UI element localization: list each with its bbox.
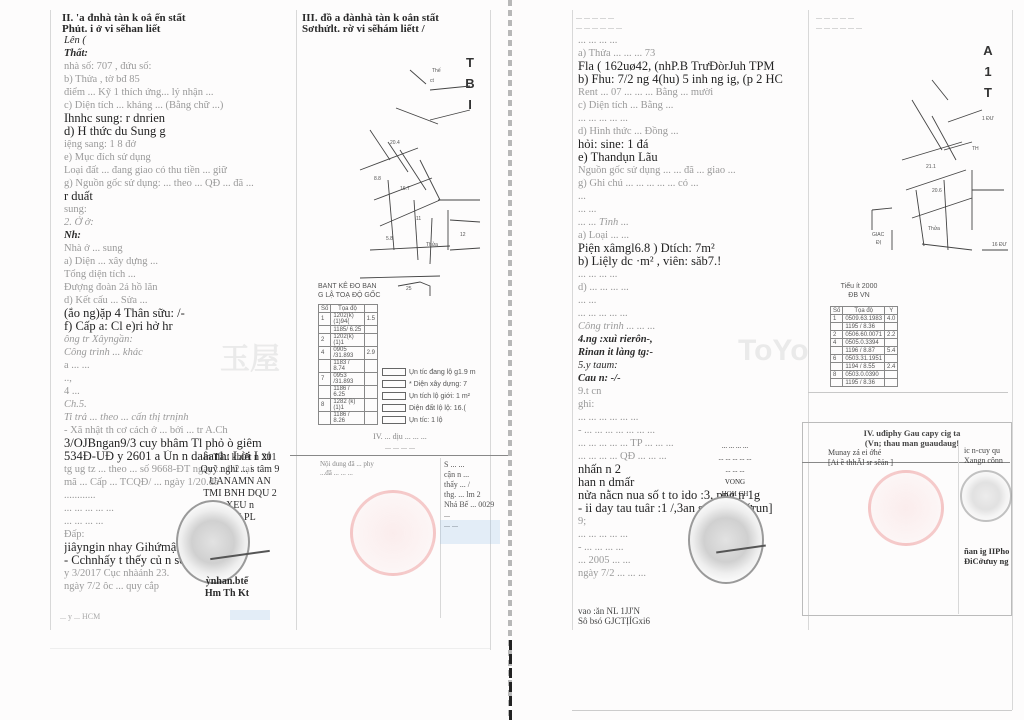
text-line: (ắo ng)ặp 4 Thân sữu: /-: [64, 307, 294, 320]
text-line: d) Hình thức ... Đồng ...: [578, 125, 806, 138]
table-cell: 1: [319, 313, 331, 326]
official-seal: [688, 496, 764, 584]
table-cell: 0503.0.0390: [843, 371, 885, 379]
table-cell: [319, 386, 331, 399]
section4-line: Nhả Bế ... 0029: [444, 500, 494, 510]
svg-text:Thửa: Thửa: [426, 241, 438, 248]
certificate-right-page: ... ... ... ... ...... ... ... ... ... .…: [512, 0, 1024, 720]
coord-table-title: Tiểu ít 2000 ĐB VN: [834, 282, 884, 300]
section4-line: thấy ... /: [444, 480, 494, 490]
table-row: 1196 / 8.875.4: [831, 347, 898, 355]
section4-line: Nội dung đã ... phy: [320, 460, 374, 469]
table-row: 70953 /31.893: [319, 373, 378, 386]
table-row: 1183 / 8.74: [319, 360, 378, 373]
table-cell: [885, 371, 898, 379]
legend-item: * Diện xây dựng: 7: [382, 379, 476, 391]
text-line: Cau n: -/-: [578, 372, 806, 385]
section4-line: cận n ...: [444, 470, 494, 480]
table-cell: 2.4: [885, 363, 898, 371]
section4-col-divider: [958, 440, 959, 614]
legend-item: Ụn tíc đang lộ g1.9 m: [382, 367, 476, 379]
legend-label: Ụn tíc đang lộ g1.9 m: [409, 369, 476, 376]
text-line: e) Thandụn Lãu: [578, 151, 806, 164]
text-line: b) Thửa , tờ bđ 85: [64, 73, 294, 86]
signature-line: ... ... ... ... ...: [680, 452, 790, 464]
table-cell: 1194 / 8.55: [843, 363, 885, 371]
footer-line: vao :ăn NL 1JJ'N: [578, 606, 650, 616]
registration-number: vao :ăn NL 1JJ'NSô bsó GJCTỊỈGxi6: [578, 606, 650, 626]
table-cell: 8: [831, 371, 843, 379]
text-line: Ti trả ... theo ... cấn thị trnịnh: [64, 411, 294, 424]
text-line: 2. Ở ở:: [64, 216, 294, 229]
svg-text:21.1: 21.1: [926, 164, 936, 170]
table-header-cell: [364, 305, 377, 313]
text-line: ... ...: [578, 203, 806, 216]
table-cell: 1185/ 6.25: [331, 326, 364, 334]
watermark: 玉屋: [220, 334, 280, 378]
section4-content: Munay zá ei ớhé[Ai ề thhÃl sr sêản ]: [828, 448, 893, 468]
section-heading-faint: ... ... ... ... ...... ... ... ... ... .…: [816, 12, 862, 32]
legend-label: * Diện xây dựng: 7: [409, 381, 467, 388]
section4-line: Munay zá ei ớhé: [828, 448, 893, 458]
table-cell: 6: [831, 355, 843, 363]
table-cell: 1186 / 8.26: [331, 412, 364, 425]
section4-line: thg. ... lm 2: [444, 490, 494, 500]
text-line: ... ...: [578, 294, 806, 307]
text-line: a) Loại ... ...: [578, 229, 806, 242]
coordinate-table: SốTọa độY10509.63.19834.01195 / 8.362050…: [830, 306, 898, 387]
table-cell: 0509.63.1983: [843, 315, 885, 323]
coord-table-title: BANT KÊ ĐO BAN G LẬ TOẠ ĐỘ GỐC: [318, 282, 380, 300]
table-cell: [364, 399, 377, 412]
table-cell: 5.4: [885, 347, 898, 355]
table-row: 1194 / 8.552.4: [831, 363, 898, 371]
text-line: điểm ... Kỹ 1 thích ứng... lý nhận ...: [64, 86, 294, 99]
table-cell: 2: [319, 334, 331, 347]
svg-text:ĐỊ: ĐỊ: [876, 240, 881, 246]
table-row: 1195 / 8.36: [831, 379, 898, 387]
legend-swatch: [382, 404, 406, 412]
svg-text:20.6: 20.6: [932, 188, 942, 194]
table-cell: 0905 /31.893: [331, 347, 364, 360]
signer-name: ỳnhan.btếHm Th Kt: [192, 576, 262, 600]
text-line: c) Diện tích ... Bằng ...: [578, 99, 806, 112]
signature-line: in Tầu khiết n 201: [190, 452, 290, 464]
table-cell: [885, 379, 898, 387]
text-line: ... ... Tình ...: [578, 216, 806, 229]
text-line: ...: [578, 190, 806, 203]
table-cell: 1183 / 8.74: [331, 360, 364, 373]
text-line: c) Diện tích ... khảng ... (Bằng chữ ...…: [64, 99, 294, 112]
signer-line: Hm Th Kt: [192, 588, 262, 600]
table-cell: 1196 / 8.87: [843, 347, 885, 355]
text-line: ngày 7/2 ... ... ...: [578, 567, 806, 580]
text-line: nhà số: 707 , đứu số:: [64, 60, 294, 73]
blue-stamp-mark: [440, 520, 500, 544]
table-row: 40905 /31.8932.9: [319, 347, 378, 360]
table-cell: 0503.31.1951: [843, 355, 885, 363]
text-line: iệng sang: 1 8 đở: [64, 138, 294, 151]
signer-line: ĐiCởưuy ng: [964, 556, 1009, 566]
svg-text:20.4: 20.4: [390, 140, 400, 146]
blue-stamp-mark: [230, 610, 270, 620]
section4-line: S ... ...: [444, 460, 494, 470]
text-line: e) Mục đích sử dụng: [64, 151, 294, 164]
svg-text:Thửa: Thửa: [928, 225, 940, 232]
svg-text:ct: ct: [430, 78, 435, 84]
table-cell: 2.9: [364, 347, 377, 360]
table-cell: [364, 334, 377, 347]
text-line: ... ... ... ... ... ...: [578, 411, 806, 424]
table-cell: [831, 323, 843, 331]
text-line: 3/OJBngan9/3 cuy bhâm Tl phỏ ò giêm: [64, 437, 294, 450]
text-line: Nhà ở ... sung: [64, 242, 294, 255]
svg-text:11: 11: [416, 216, 421, 222]
margin-line: [50, 10, 51, 630]
section-heading-faint: ... ... ... ... ...... ... ... ... ... .…: [576, 12, 622, 32]
text-line: Công trình ... ... ...: [578, 320, 806, 333]
text-line: hỏi: sine: 1 đá: [578, 138, 806, 151]
legend-label: Ụn tíc: 1 lộ: [409, 417, 442, 424]
table-cell: 0505.0.3394: [843, 339, 885, 347]
section4-line: ...đã ... ... ...: [320, 469, 374, 478]
text-line: Ihnhc sung: r dnrien: [64, 112, 294, 125]
svg-text:8.8: 8.8: [374, 176, 381, 182]
table-cell: 1186 / 6.25: [331, 386, 364, 399]
table-row: 81282 (k)(1)1: [319, 399, 378, 412]
bottom-rule: [50, 648, 490, 649]
table-header-cell: Y: [885, 307, 898, 315]
margin-line: [1012, 10, 1013, 710]
column-divider: [296, 10, 297, 630]
text-line: r duất: [64, 190, 294, 203]
svg-text:Thế: Thế: [432, 68, 441, 74]
section4-heading: IV. uđiphy Gau capy cig ta (Vn; thau man…: [812, 428, 1012, 448]
text-line: Đượng đoàn 2ả hồ lăn: [64, 281, 294, 294]
signature-line: ... ... ... ...: [680, 440, 790, 452]
table-row: 1195 / 8.36: [831, 323, 898, 331]
text-line: ... ... ... ...: [578, 268, 806, 281]
coordinate-table: SốTọa độ11202(k)(1)94(1.51185/ 6.2521202…: [318, 304, 378, 425]
legend-swatch: [382, 392, 406, 400]
table-cell: [364, 386, 377, 399]
official-seal: [176, 500, 250, 584]
legend-item: Ụn tích lộ giới: 1 m²: [382, 391, 476, 403]
legend-swatch: [382, 380, 406, 388]
section4-line: Xangn cônn: [964, 456, 1003, 466]
table-cell: 0506.60.0071: [843, 331, 885, 339]
section4-confirmation: ic n-cuy quXangn cônn: [964, 446, 1003, 466]
table-cell: 7: [319, 373, 331, 386]
section4-line: ...: [444, 510, 494, 520]
table-cell: [885, 355, 898, 363]
plot-map: 1 ĐƯTH 21.120.6 GIACĐỊ Thửa16 ĐƯ: [832, 40, 1012, 280]
text-line: sung:: [64, 203, 294, 216]
table-cell: 1.5: [364, 313, 377, 326]
signer-line: ñan ig IIPho: [964, 546, 1009, 556]
signature-line: Quỹ nghỉ ... s tâm 9: [190, 464, 290, 476]
section3-subheading: Sơthửlt. rờ vi sẽhám liếtt /: [302, 23, 425, 35]
text-line: ghi:: [578, 398, 806, 411]
text-line: Thất:: [64, 47, 294, 60]
table-row: 1186 / 6.25: [319, 386, 378, 399]
table-cell: 2.2: [885, 331, 898, 339]
table-bottom-rule: [808, 392, 1008, 393]
text-line: g) Ghi chú ... ... ... ... ... có ...: [578, 177, 806, 190]
section4-line: [Ai ề thhÃl sr sêản ]: [828, 458, 893, 468]
legend-label: Ụn tích lộ giới: 1 m²: [409, 393, 470, 400]
table-row: 1186 / 8.26: [319, 412, 378, 425]
certificate-left-page: II. 'a đnhà tàn k oắ ến stất Phủt. i ở v…: [0, 0, 510, 720]
table-cell: [885, 339, 898, 347]
table-cell: 1202(k)(1)1: [331, 334, 364, 347]
svg-text:1 ĐƯ: 1 ĐƯ: [982, 116, 995, 122]
table-cell: [364, 326, 377, 334]
table-header-cell: Số: [831, 307, 843, 315]
plot-map: Thếct 20.48.816.7 115.8Thửa 1225: [330, 50, 500, 300]
table-cell: 1195 / 8.36: [843, 379, 885, 387]
text-line: Fla ( 162uø42, (nhP.B TrưĐòrJuh TPM: [578, 60, 806, 73]
text-line: Nguồn gốc sử dụng ... ... đã ... giao ..…: [578, 164, 806, 177]
margin-line: [572, 10, 573, 630]
table-cell: 4: [319, 347, 331, 360]
text-line: Tổng diện tích ...: [64, 268, 294, 281]
section4-line: ic n-cuy qu: [964, 446, 1003, 456]
table-cell: 0953 /31.893: [331, 373, 364, 386]
table-cell: [885, 323, 898, 331]
bottom-rule: [572, 710, 1012, 711]
signature-line: UANAMN AN: [190, 476, 290, 488]
text-line: b) Liệly dc ·m² , viên: săb7.!: [578, 255, 806, 268]
heading-line: ... ... ... ... ...: [576, 12, 622, 22]
text-line: 9.t cn: [578, 385, 806, 398]
red-seal: [350, 490, 436, 576]
signer-line: ỳnhan.btế: [192, 576, 262, 588]
table-header-cell: Tọa độ: [331, 305, 364, 313]
table-row: 10509.63.19834.0: [831, 315, 898, 323]
text-line: a) Thửa ... ... ... 73: [578, 47, 806, 60]
signer-name: ñan ig IIPhoĐiCởưuy ng: [964, 546, 1009, 566]
table-cell: [319, 326, 331, 334]
text-line: ... ... ... ... ...: [578, 307, 806, 320]
table-cell: 4: [831, 339, 843, 347]
text-line: a) Diện ... xây dựng ...: [64, 255, 294, 268]
section4-content: Nội dung đã ... phy...đã ... ... ...: [320, 460, 374, 478]
red-seal: [868, 470, 944, 546]
legend-swatch: [382, 416, 406, 424]
official-seal: [960, 470, 1012, 522]
legend-item: Ụn tíc: 1 lộ: [382, 415, 476, 427]
table-cell: 1202(k)(1)94(: [331, 313, 364, 326]
text-line: Rent ... 07 ... ... ... Bằng ... mười: [578, 86, 806, 99]
text-line: b) Fhu: 7/2 ng 4(hu) 5 inh ng ig, (p 2 H…: [578, 73, 806, 86]
text-line: g) Nguồn gốc sử dụng: ... theo ... QĐ ..…: [64, 177, 294, 190]
watermark: ToYo: [738, 334, 809, 368]
table-row: 80503.0.0390: [831, 371, 898, 379]
heading-line: ... ... ... ... ... ...: [576, 22, 622, 32]
map-legend: Ụn tíc đang lộ g1.9 m* Diện xây dựng: 7Ụ…: [382, 367, 476, 427]
text-line: Piện xâmgl6.8 ) Dtích: 7m²: [578, 242, 806, 255]
signature-line: TMI BNH DQU 2: [190, 488, 290, 500]
table-cell: [831, 379, 843, 387]
table-header-cell: Số: [319, 305, 331, 313]
legend-item: Diện đất lộ lộ: 16.(: [382, 403, 476, 415]
table-cell: 4.0: [885, 315, 898, 323]
legend-swatch: [382, 368, 406, 376]
section4-divider: [290, 455, 508, 456]
table-row: 20506.60.00712.2: [831, 331, 898, 339]
table-header-cell: Tọa độ: [843, 307, 885, 315]
text-line: - Xã nhật th cơ cách ở ... bởi ... tr A.…: [64, 424, 294, 437]
table-row: 11202(k)(1)94(1.5: [319, 313, 378, 326]
table-cell: [831, 347, 843, 355]
table-cell: [319, 360, 331, 373]
text-line: d) Kết cấu ... Sửa ...: [64, 294, 294, 307]
svg-text:25: 25: [406, 286, 412, 292]
section4-heading: IV. ... dịu ... ... ... ... ... ... ...: [300, 432, 500, 452]
table-cell: 2: [831, 331, 843, 339]
svg-text:16.7: 16.7: [400, 186, 410, 192]
table-cell: [831, 363, 843, 371]
svg-text:TH: TH: [972, 146, 979, 152]
footer-line: Sô bsó GJCTỊỈGxi6: [578, 616, 650, 626]
table-cell: [364, 412, 377, 425]
text-line: 4 ...: [64, 385, 294, 398]
table-row: 1185/ 6.25: [319, 326, 378, 334]
text-line: d) H thức du Sung g: [64, 125, 294, 138]
text-line: d) ... ... ... ...: [578, 281, 806, 294]
table-row: 21202(k)(1)1: [319, 334, 378, 347]
legend-label: Diện đất lộ lộ: 16.(: [409, 405, 466, 412]
text-line: Loại đất ... đang giao có thu tiền ... g…: [64, 164, 294, 177]
svg-text:12: 12: [460, 232, 466, 238]
text-line: Lên (: [64, 34, 294, 47]
svg-text:16 ĐƯ: 16 ĐƯ: [992, 242, 1008, 248]
text-line: Nh:: [64, 229, 294, 242]
text-line: - ... ... ... ... ... ... ...: [578, 424, 806, 437]
table-cell: 1: [831, 315, 843, 323]
svg-text:GIAC: GIAC: [872, 232, 885, 238]
table-cell: [364, 360, 377, 373]
table-cell: 8: [319, 399, 331, 412]
heading-line: ... ... ... ... ...: [816, 12, 862, 22]
text-line: f) Cấp a: Cl e)ri hở hr: [64, 320, 294, 333]
signature-line: VONG: [680, 476, 790, 488]
heading-line: ... ... ... ... ... ...: [816, 22, 862, 32]
table-row: 40505.0.3394: [831, 339, 898, 347]
footer-note: ... y ... HCM: [60, 612, 100, 621]
text-line: ... ... ... ...: [578, 34, 806, 47]
table-row: 60503.31.1951: [831, 355, 898, 363]
text-line: ... ... ... ... ...: [578, 112, 806, 125]
table-cell: [319, 412, 331, 425]
table-cell: 1195 / 8.36: [843, 323, 885, 331]
svg-text:5.8: 5.8: [386, 236, 393, 242]
table-cell: [364, 373, 377, 386]
signature-line: ... ... ...: [680, 464, 790, 476]
table-cell: 1282 (k)(1)1: [331, 399, 364, 412]
text-line: Ch.5.: [64, 398, 294, 411]
